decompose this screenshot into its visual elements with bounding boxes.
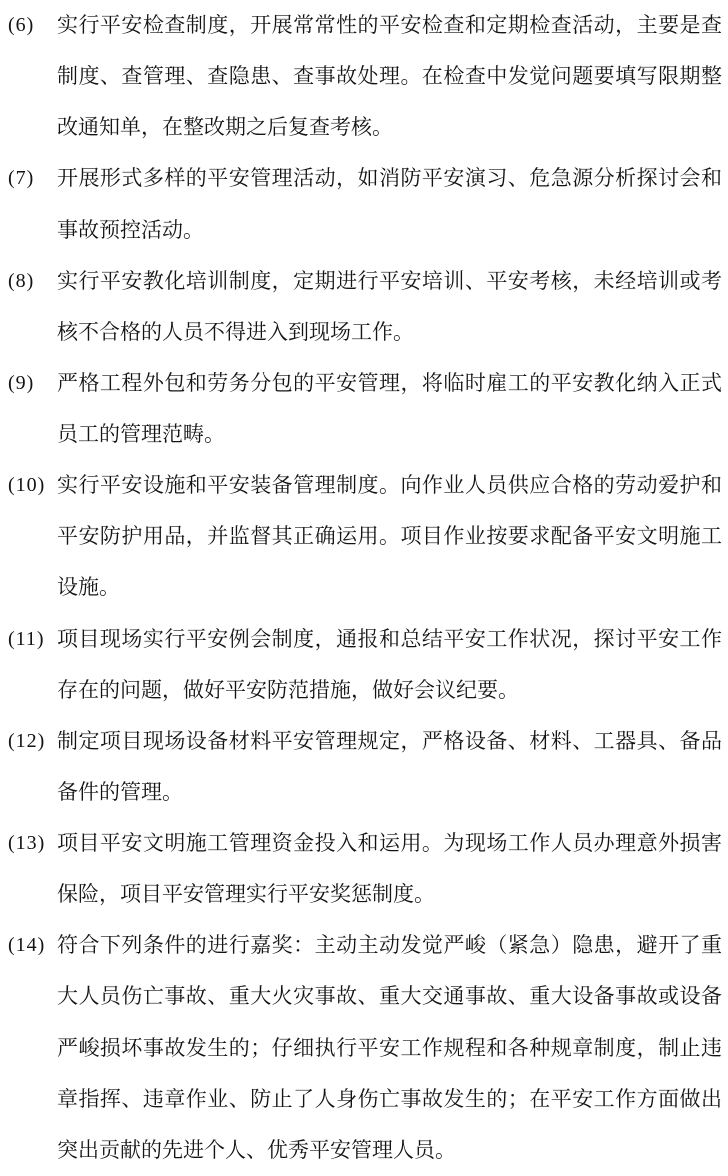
item-number: (14) xyxy=(8,920,45,971)
text-line: 章指挥、违章作业、防止了人身伤亡事故发生的；在平安工作方面做出 xyxy=(57,1074,722,1125)
text-line: 项目平安文明施工管理资金投入和运用。为现场工作人员办理意外损害 xyxy=(57,818,722,869)
text-line: 平安防护用品，并监督其正确运用。项目作业按要求配备平安文明施工 xyxy=(57,511,722,562)
item-number: (9) xyxy=(8,358,34,409)
text-line: 员工的管理范畴。 xyxy=(57,409,722,460)
list-item: (6)实行平安检查制度，开展常常性的平安检查和定期检查活动，主要是查制度、查管理… xyxy=(0,0,728,153)
list-item: (12)制定项目现场设备材料平安管理规定，严格设备、材料、工器具、备品备件的管理… xyxy=(0,716,728,818)
list-item: (8)实行平安教化培训制度，定期进行平安培训、平安考核，未经培训或考核不合格的人… xyxy=(0,256,728,358)
item-number: (8) xyxy=(8,256,34,307)
list-item: (11)项目现场实行平安例会制度，通报和总结平安工作状况，探讨平安工作存在的问题… xyxy=(0,614,728,716)
text-line: 项目现场实行平安例会制度，通报和总结平安工作状况，探讨平安工作 xyxy=(57,614,722,665)
item-number: (12) xyxy=(8,716,45,767)
item-number: (11) xyxy=(8,614,45,665)
item-number: (7) xyxy=(8,153,34,204)
numbered-list: (6)实行平安检查制度，开展常常性的平安检查和定期检查活动，主要是查制度、查管理… xyxy=(0,0,728,1176)
text-line: 开展形式多样的平安管理活动，如消防平安演习、危急源分析探讨会和 xyxy=(57,153,722,204)
text-line: 事故预控活动。 xyxy=(57,205,722,256)
text-line: 实行平安检查制度，开展常常性的平安检查和定期检查活动，主要是查 xyxy=(57,0,722,51)
list-item: (9)严格工程外包和劳务分包的平安管理，将临时雇工的平安教化纳入正式员工的管理范… xyxy=(0,358,728,460)
list-item: (10)实行平安设施和平安装备管理制度。向作业人员供应合格的劳动爱护和平安防护用… xyxy=(0,460,728,613)
text-line: 备件的管理。 xyxy=(57,767,722,818)
text-line: 保险，项目平安管理实行平安奖惩制度。 xyxy=(57,869,722,920)
text-line: 大人员伤亡事故、重大火灾事故、重大交通事故、重大设备事故或设备 xyxy=(57,971,722,1022)
item-number: (6) xyxy=(8,0,34,51)
list-item: (7)开展形式多样的平安管理活动，如消防平安演习、危急源分析探讨会和事故预控活动… xyxy=(0,153,728,255)
text-line: 设施。 xyxy=(57,562,722,613)
text-line: 突出贡献的先进个人、优秀平安管理人员。 xyxy=(57,1125,722,1176)
text-line: 核不合格的人员不得进入到现场工作。 xyxy=(57,307,722,358)
text-line: 符合下列条件的进行嘉奖：主动主动发觉严峻（紧急）隐患，避开了重 xyxy=(57,920,722,971)
list-item: (14)符合下列条件的进行嘉奖：主动主动发觉严峻（紧急）隐患，避开了重大人员伤亡… xyxy=(0,920,728,1176)
text-line: 改通知单，在整改期之后复查考核。 xyxy=(57,102,722,153)
text-line: 严峻损坏事故发生的；仔细执行平安工作规程和各种规章制度，制止违 xyxy=(57,1023,722,1074)
document-page: (6)实行平安检查制度，开展常常性的平安检查和定期检查活动，主要是查制度、查管理… xyxy=(0,0,728,1176)
item-number: (13) xyxy=(8,818,45,869)
text-line: 实行平安教化培训制度，定期进行平安培训、平安考核，未经培训或考 xyxy=(57,256,722,307)
text-line: 实行平安设施和平安装备管理制度。向作业人员供应合格的劳动爱护和 xyxy=(57,460,722,511)
item-number: (10) xyxy=(8,460,45,511)
text-line: 严格工程外包和劳务分包的平安管理，将临时雇工的平安教化纳入正式 xyxy=(57,358,722,409)
text-line: 存在的问题，做好平安防范措施，做好会议纪要。 xyxy=(57,665,722,716)
text-line: 制定项目现场设备材料平安管理规定，严格设备、材料、工器具、备品 xyxy=(57,716,722,767)
list-item: (13)项目平安文明施工管理资金投入和运用。为现场工作人员办理意外损害保险，项目… xyxy=(0,818,728,920)
text-line: 制度、查管理、查隐患、查事故处理。在检查中发觉问题要填写限期整 xyxy=(57,51,722,102)
